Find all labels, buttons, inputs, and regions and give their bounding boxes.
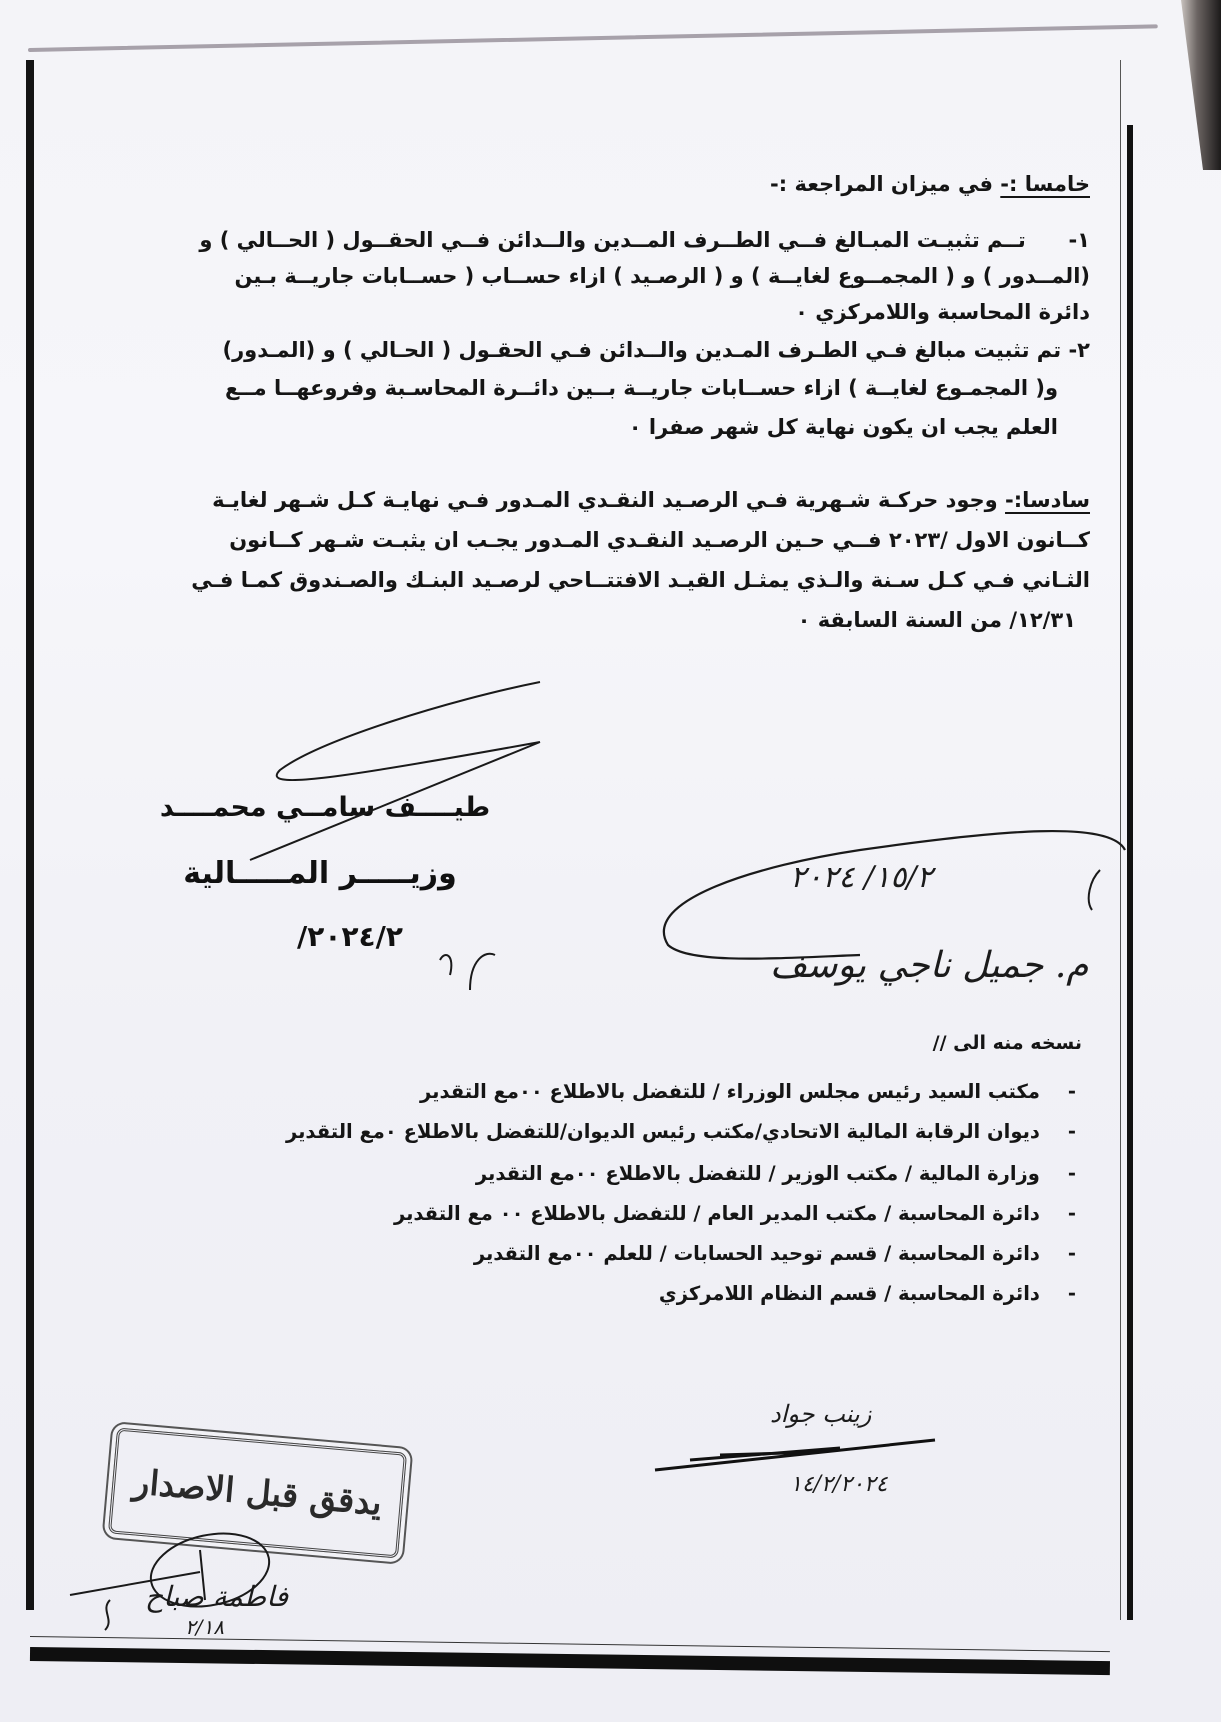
initials-signature-icon bbox=[655, 1440, 935, 1470]
document-page: خامسا :- في ميزان المراجعة :- ١- تــم تث… bbox=[0, 0, 1221, 1722]
minister-signature-icon bbox=[250, 682, 540, 860]
annotation-loop-icon bbox=[664, 831, 1125, 959]
pen-strokes bbox=[0, 0, 1221, 1722]
stamp-signature-icon bbox=[144, 1523, 276, 1616]
